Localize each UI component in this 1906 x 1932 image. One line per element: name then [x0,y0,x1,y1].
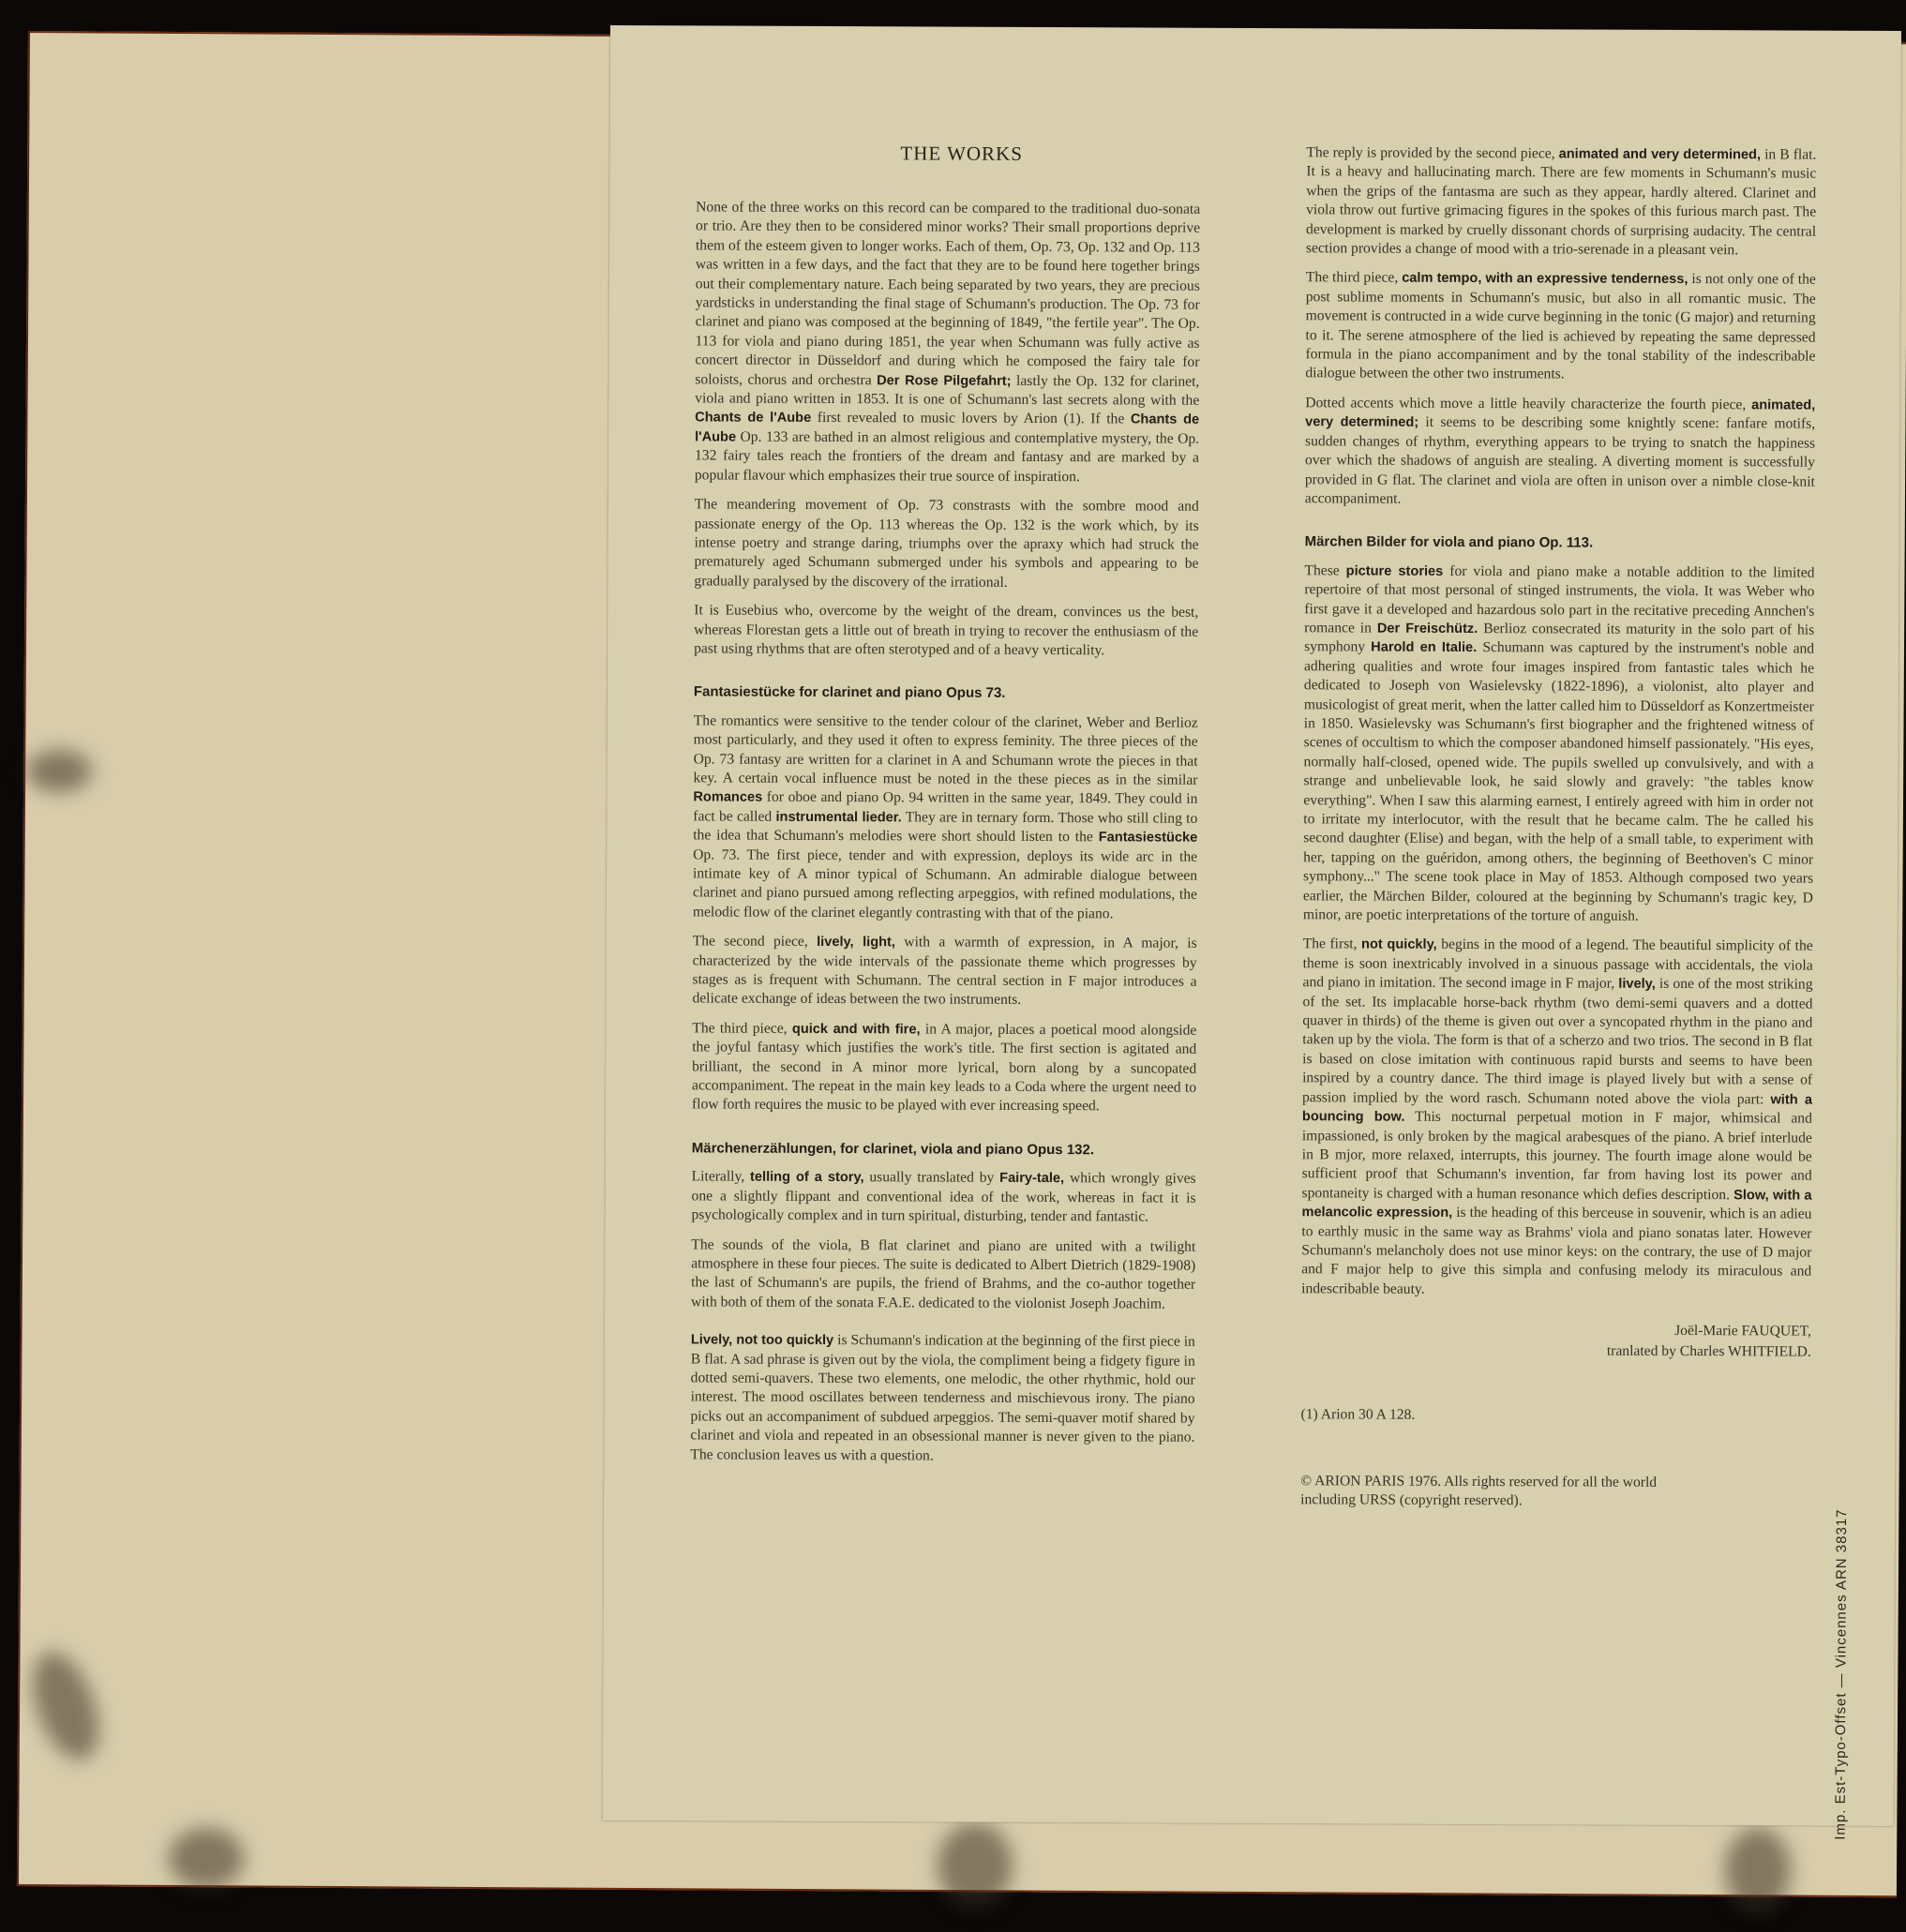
op113-paragraph: These picture stories for viola and pian… [1303,562,1815,927]
footnote: (1) Arion 30 A 128. [1300,1405,1810,1427]
copyright-notice: © ARION PARIS 1976. Alls rights reserved… [1300,1472,1810,1512]
op113-paragraph: The first, not quickly, begins in the mo… [1301,936,1813,1301]
page-title: THE WORKS [900,142,1023,166]
finger-shadow [1725,1828,1791,1912]
right-column: The reply is provided by the second piec… [1300,143,1816,1512]
op132-continued-paragraph: The third piece, calm tempo, with an exp… [1305,269,1816,386]
intro-paragraph: It is Eusebius who, overcome by the weig… [694,602,1198,662]
op132-paragraph: Lively, not too quickly is Schumann's in… [690,1331,1195,1467]
op73-paragraph: The romantics were sensitive to the tend… [693,711,1198,924]
intro-paragraph: The meandering movement of Op. 73 constr… [694,495,1198,592]
section-heading-op132: Märchenerzählungen, for clarinet, viola … [692,1139,1196,1161]
op73-paragraph: The second piece, lively, light, with a … [692,933,1196,1011]
printer-imprint: Imp. Est-Typo-Offset — Vincennes ARN 383… [1833,1508,1851,1839]
section-heading-op73: Fantasiestücke for clarinet and piano Op… [694,683,1198,705]
translator-name: tranlated by Charles WHITFIELD. [1301,1340,1811,1362]
finger-shadow [26,750,92,792]
op132-continued-paragraph: The reply is provided by the second piec… [1306,143,1817,261]
section-heading-op113: Märchen Bilder for viola and piano Op. 1… [1305,533,1815,555]
finger-shadow [938,1823,1013,1908]
copyright-line: © ARION PARIS 1976. Alls rights reserved… [1300,1472,1810,1493]
intro-paragraph: None of the three works on this record c… [695,198,1200,487]
copyright-line: including URSS (copyright reserved). [1300,1490,1810,1512]
op132-continued-paragraph: Dotted accents which move a little heavi… [1305,394,1816,511]
author-name: Joël-Marie FAUQUET, [1301,1319,1811,1341]
left-column: None of the three works on this record c… [690,198,1200,1476]
liner-notes-sheet: THE WORKS None of the three works on thi… [603,25,1901,1826]
finger-shadow [169,1828,244,1889]
op132-paragraph: Literally, telling of a story, usually t… [691,1168,1195,1228]
signature-block: Joël-Marie FAUQUET, tranlated by Charles… [1301,1319,1811,1362]
op73-paragraph: The third piece, quick and with fire, in… [692,1019,1196,1116]
op132-paragraph: The sounds of the viola, B flat clarinet… [691,1236,1195,1314]
